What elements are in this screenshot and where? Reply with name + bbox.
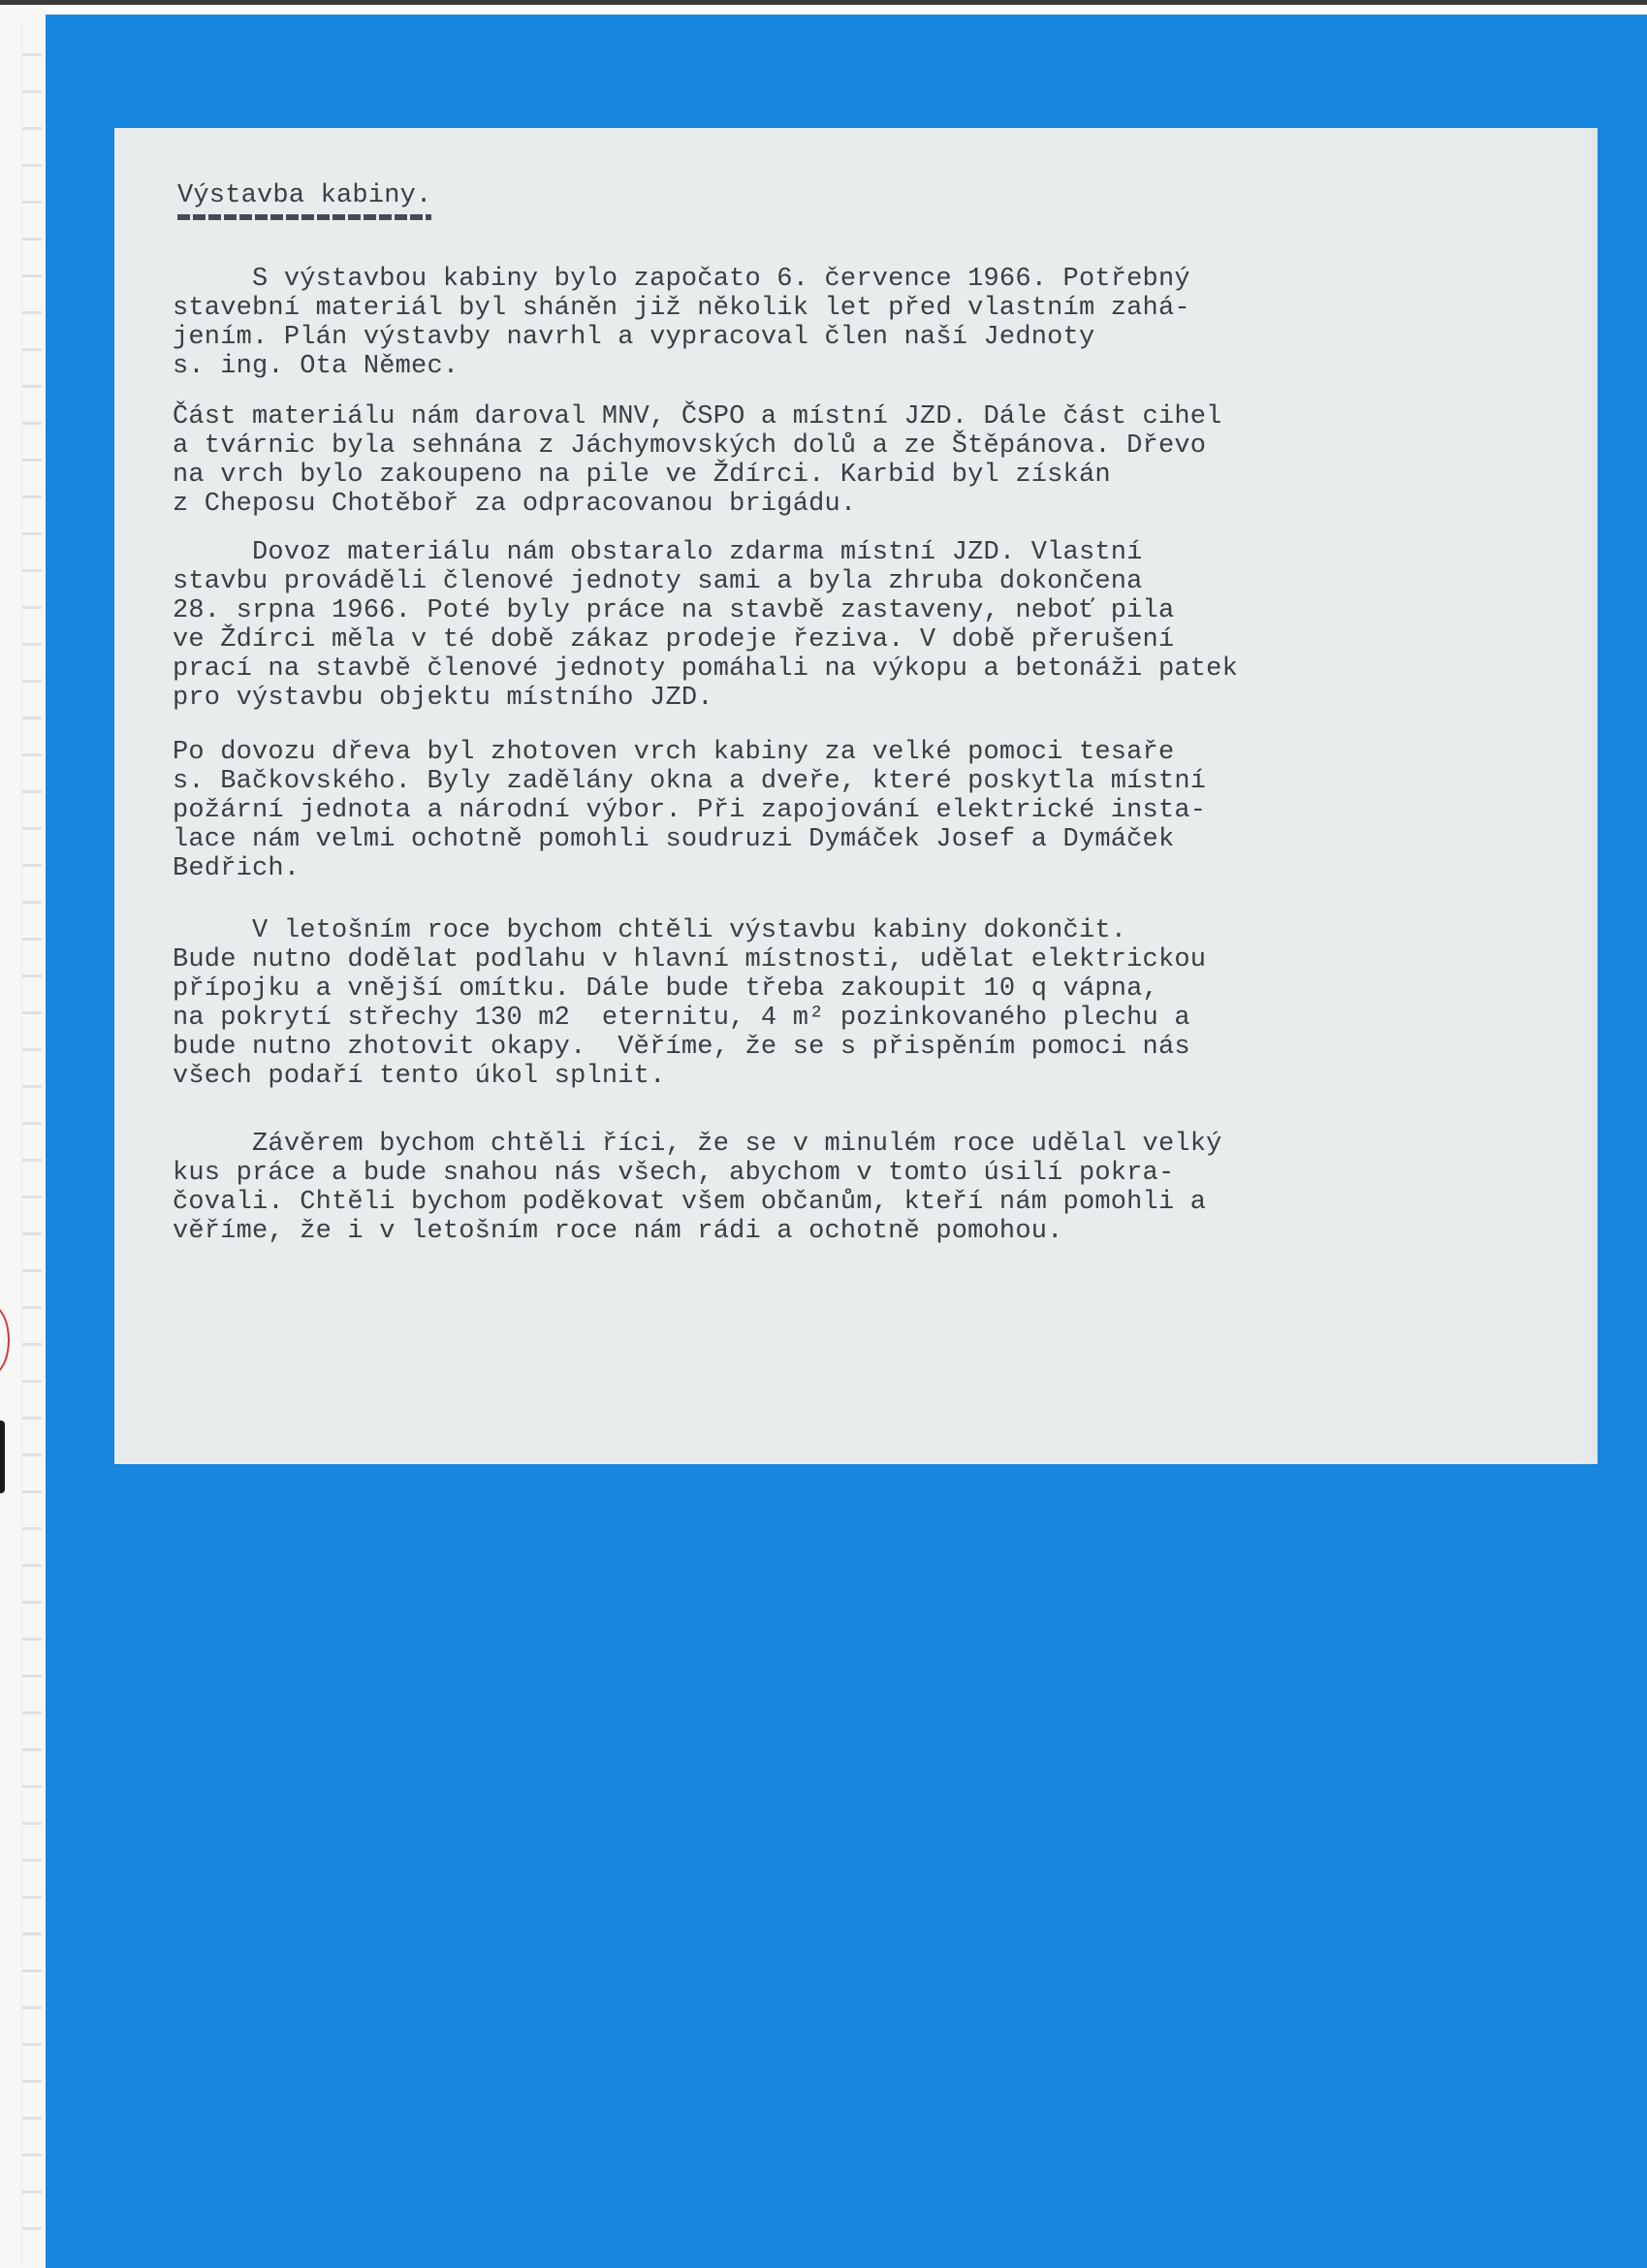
text-line: přípojku a vnější omítku. Dále bude třeb…	[173, 974, 1549, 1004]
paragraph: Závěrem bychom chtěli říci, že se v minu…	[173, 1130, 1549, 1246]
binder-tab	[0, 1421, 5, 1493]
title-underline	[177, 214, 431, 220]
paragraph: Po dovozu dřeva byl zhotoven vrch kabiny…	[173, 738, 1549, 883]
text-line: stavební materiál byl sháněn již několik…	[173, 294, 1549, 323]
text-line: ve Ždírci měla v té době zákaz prodeje ř…	[173, 625, 1549, 655]
text-line: Dovoz materiálu nám obstaralo zdarma mís…	[173, 538, 1549, 567]
paragraph: Dovoz materiálu nám obstaralo zdarma mís…	[173, 538, 1549, 713]
text-line: Po dovozu dřeva byl zhotoven vrch kabiny…	[173, 738, 1549, 767]
text-line: s. Bačkovského. Byly zadělány okna a dve…	[173, 767, 1549, 796]
paragraph: S výstavbou kabiny bylo započato 6. červ…	[173, 265, 1549, 381]
text-line: Část materiálu nám daroval MNV, ČSPO a m…	[173, 402, 1549, 431]
text-line: s. ing. Ota Němec.	[173, 352, 1549, 381]
paragraph: Část materiálu nám daroval MNV, ČSPO a m…	[173, 402, 1549, 519]
text-line: požární jednota a národní výbor. Při zap…	[173, 796, 1549, 825]
document-body: Výstavba kabiny. S výstavbou kabiny bylo…	[173, 181, 1549, 1246]
paragraph: V letošním roce bychom chtěli výstavbu k…	[173, 916, 1549, 1091]
text-line: z Cheposu Chotěboř za odpracovanou brigá…	[173, 490, 1549, 519]
text-line: a tvárnic byla sehnána z Jáchymovských d…	[173, 431, 1549, 461]
typewritten-page: Výstavba kabiny. S výstavbou kabiny bylo…	[114, 128, 1598, 1464]
text-line: stavbu prováděli členové jednoty sami a …	[173, 567, 1549, 596]
text-line: všech podaří tento úkol splnit.	[173, 1062, 1549, 1091]
red-circle-mark	[0, 1304, 10, 1376]
text-line: 28. srpna 1966. Poté byly práce na stavb…	[173, 596, 1549, 625]
document-title: Výstavba kabiny.	[177, 181, 1549, 210]
perforation-strip	[21, 24, 42, 2264]
text-line: na pokrytí střechy 130 m2 eternitu, 4 m²…	[173, 1004, 1549, 1033]
text-line: lace nám velmi ochotně pomohli soudruzi …	[173, 825, 1549, 854]
text-line: S výstavbou kabiny bylo započato 6. červ…	[173, 265, 1549, 294]
text-line: věříme, že i v letošním roce nám rádi a …	[173, 1217, 1549, 1246]
text-line: bude nutno zhotovit okapy. Věříme, že se…	[173, 1033, 1549, 1062]
scan-top-margin	[0, 5, 1647, 15]
text-line: Závěrem bychom chtěli říci, že se v minu…	[173, 1130, 1549, 1159]
text-line: Bedřich.	[173, 854, 1549, 883]
binder-strip	[0, 5, 46, 2268]
text-line: prací na stavbě členové jednoty pomáhali…	[173, 655, 1549, 684]
text-line: pro výstavbu objektu místního JZD.	[173, 684, 1549, 713]
text-line: V letošním roce bychom chtěli výstavbu k…	[173, 916, 1549, 945]
text-line: na vrch bylo zakoupeno na pile ve Ždírci…	[173, 461, 1549, 490]
text-line: čovali. Chtěli bychom poděkovat všem obč…	[173, 1188, 1549, 1217]
text-line: jením. Plán výstavby navrhl a vypracoval…	[173, 323, 1549, 352]
text-line: Bude nutno dodělat podlahu v hlavní míst…	[173, 945, 1549, 974]
text-line: kus práce a bude snahou nás všech, abych…	[173, 1159, 1549, 1188]
